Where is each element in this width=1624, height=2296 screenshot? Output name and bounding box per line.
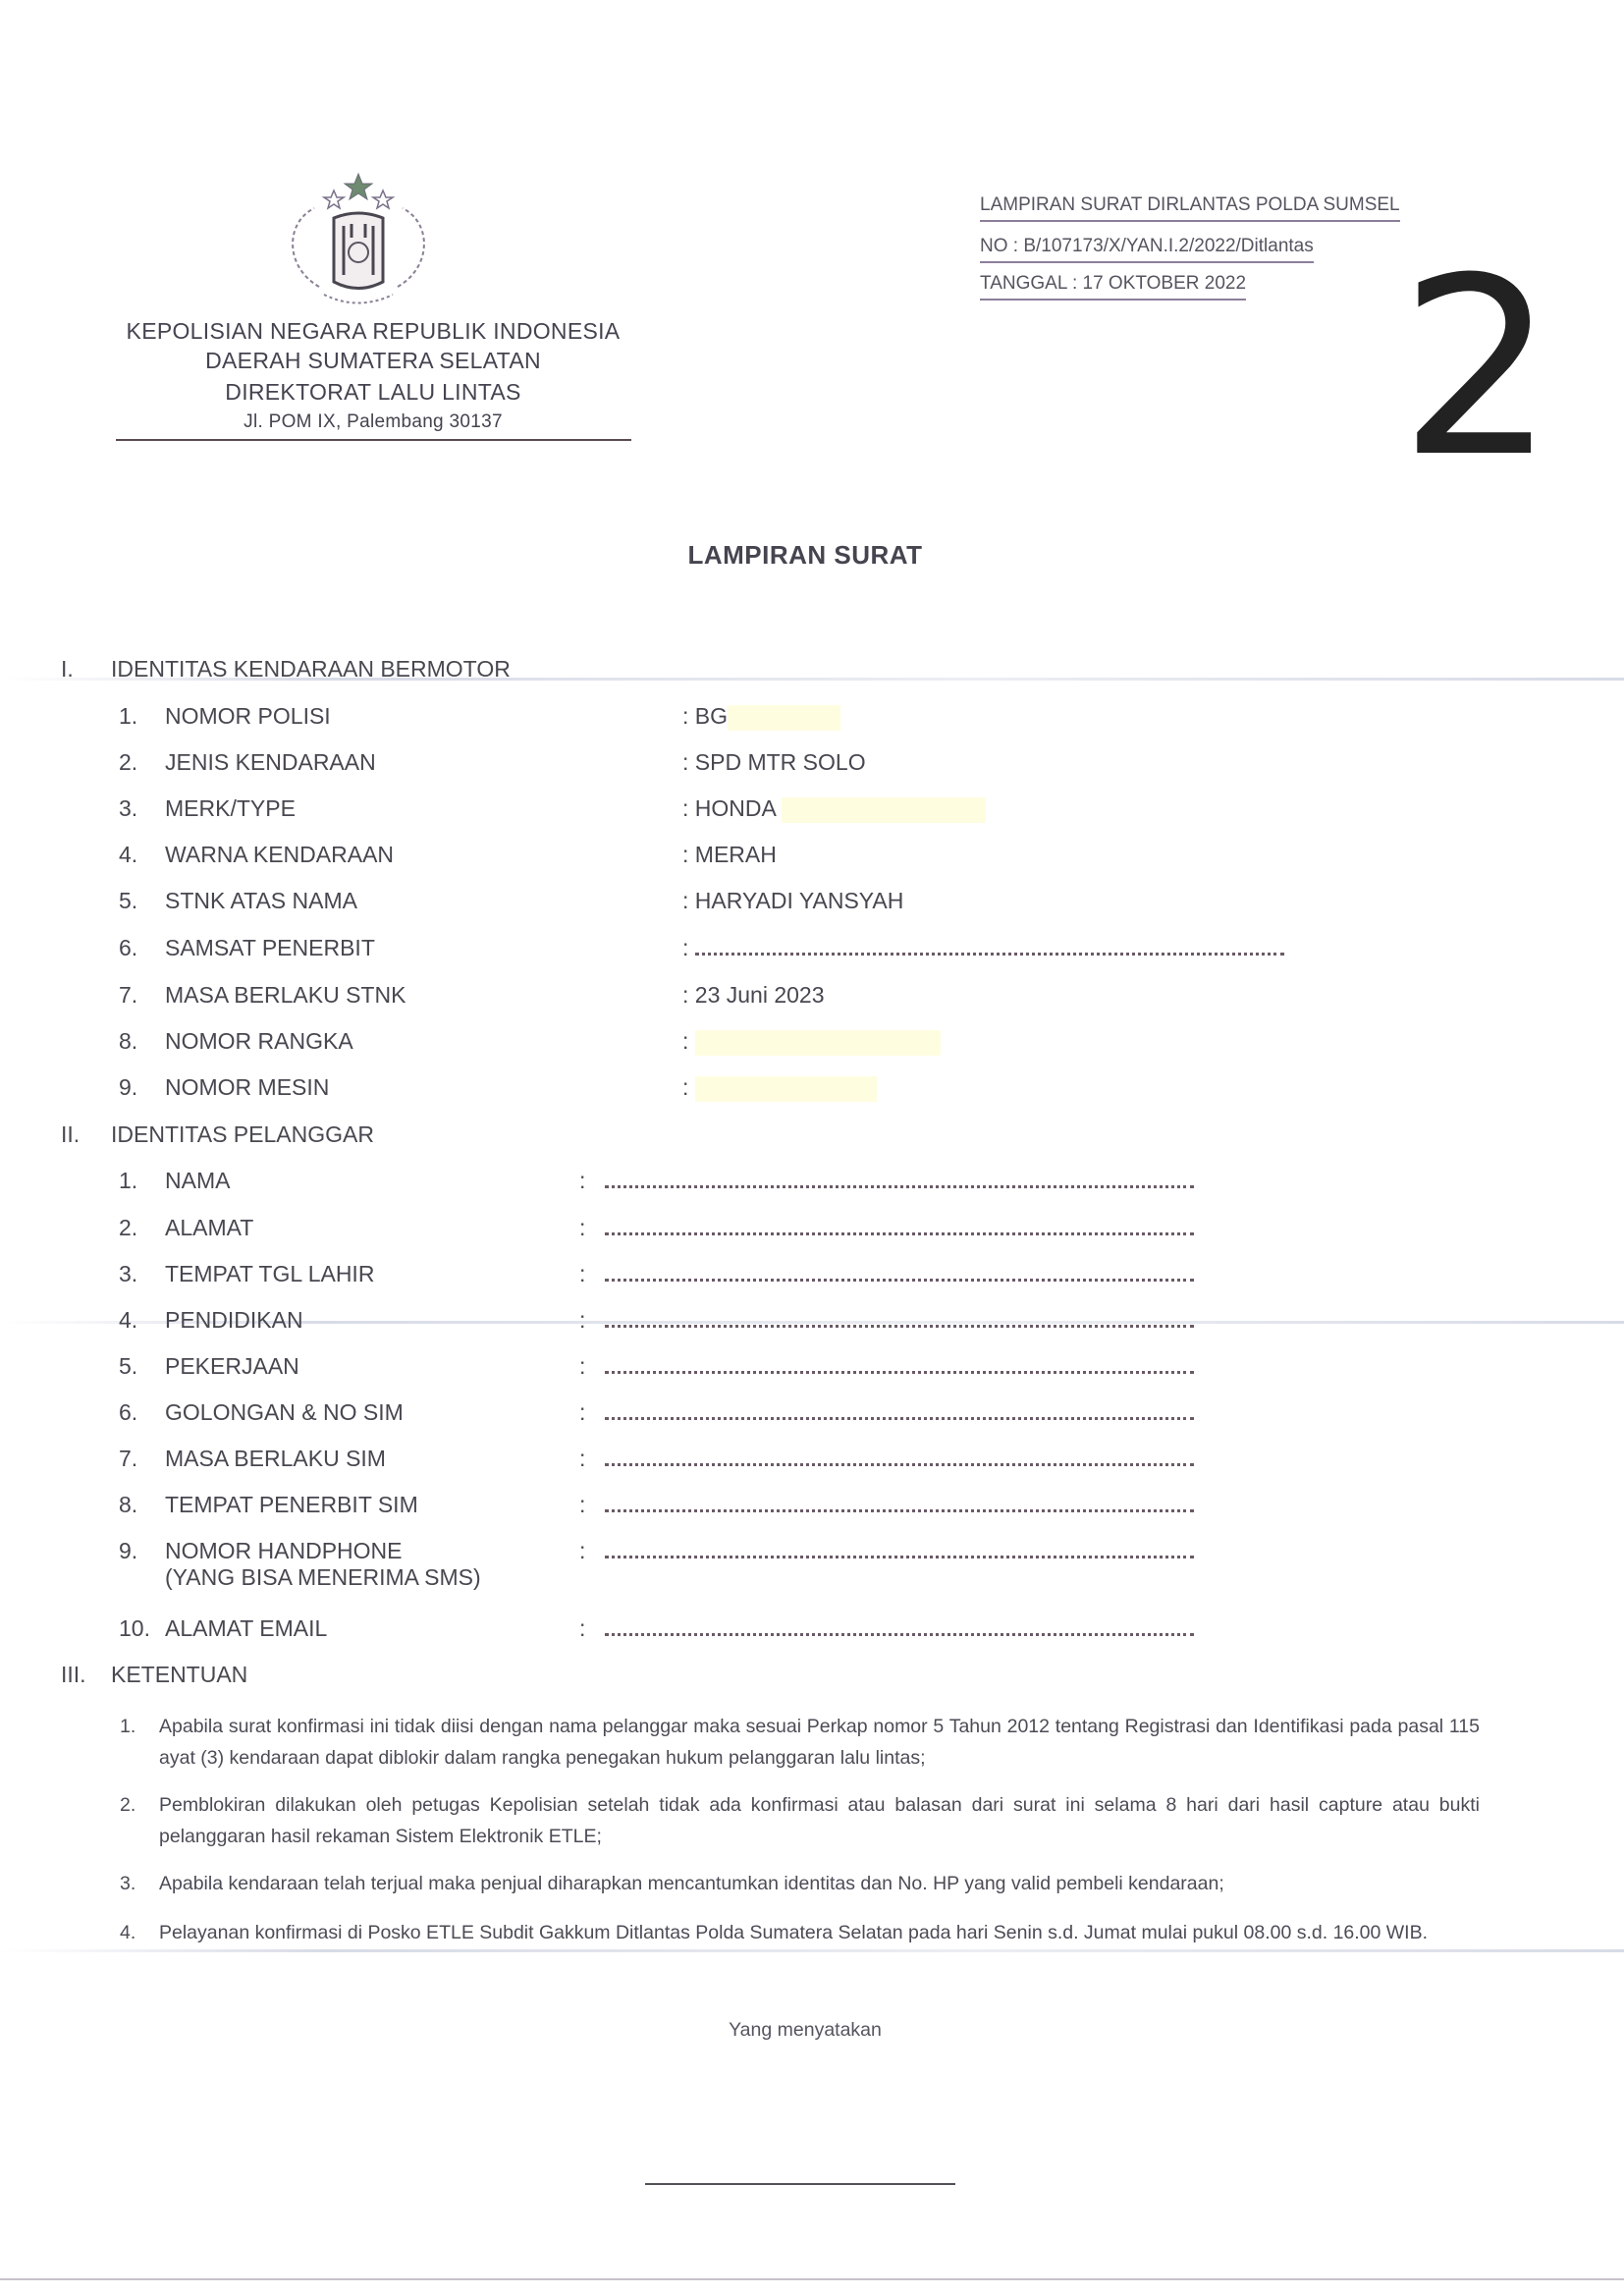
row-number: 6. xyxy=(119,935,137,961)
letterhead-address: Jl. POM IX, Palembang 30137 xyxy=(98,411,648,433)
terms-item-number: 2. xyxy=(120,1789,135,1821)
vehicle-row-brand: 3. MERK/TYPE : HONDA xyxy=(0,795,1624,827)
violator-row-phone: 9. NOMOR HANDPHONE(YANG BISA MENERIMA SM… xyxy=(0,1538,1624,1601)
row-label: PENDIDIKAN xyxy=(165,1307,303,1334)
row-label: MASA BERLAKU STNK xyxy=(165,982,406,1009)
birth-fill-line[interactable] xyxy=(605,1263,1194,1282)
education-fill-line[interactable] xyxy=(605,1309,1194,1328)
row-number: 7. xyxy=(119,982,137,1009)
letterhead-divider xyxy=(116,439,631,441)
row-label: MERK/TYPE xyxy=(165,795,296,822)
row-value: : xyxy=(579,1168,1194,1194)
row-number: 9. xyxy=(119,1538,137,1564)
row-value: : xyxy=(682,1074,877,1102)
row-value: : 23 Juni 2023 xyxy=(682,982,825,1009)
row-value: : xyxy=(579,1399,1194,1426)
police-emblem-icon xyxy=(275,169,442,316)
row-value: : SPD MTR SOLO xyxy=(682,749,866,776)
section-number: II. xyxy=(61,1121,80,1148)
section-number: I. xyxy=(61,656,74,683)
row-label: NOMOR POLISI xyxy=(165,703,331,730)
section-title: IDENTITAS PELANGGAR xyxy=(111,1121,374,1148)
row-label: NOMOR RANGKA xyxy=(165,1028,353,1055)
redaction-block xyxy=(782,797,986,823)
row-value-text: : xyxy=(579,1615,585,1641)
reference-number: NO : B/107173/X/YAN.I.2/2022/Ditlantas xyxy=(980,236,1314,263)
occupation-fill-line[interactable] xyxy=(605,1355,1194,1374)
row-value-text: : xyxy=(682,935,688,960)
terms-item-number: 3. xyxy=(120,1868,135,1899)
signature-line[interactable] xyxy=(645,2183,955,2185)
violator-row-education: 4. PENDIDIKAN : xyxy=(0,1307,1624,1339)
row-number: 8. xyxy=(119,1028,137,1055)
row-value: : xyxy=(579,1261,1194,1287)
vehicle-row-plate-number: 1. NOMOR POLISI : BG xyxy=(0,703,1624,735)
document-title: LAMPIRAN SURAT xyxy=(0,540,1610,571)
row-label: SAMSAT PENERBIT xyxy=(165,935,375,961)
row-value: : xyxy=(579,1615,1194,1642)
row-value-text: : xyxy=(682,1028,688,1054)
redaction-block xyxy=(695,1030,941,1056)
violator-row-name: 1. NAMA : xyxy=(0,1168,1624,1199)
letterhead-directorate: DIREKTORAT LALU LINTAS xyxy=(98,379,648,406)
letterhead-region: DAERAH SUMATERA SELATAN xyxy=(98,348,648,374)
row-value-text: : xyxy=(579,1307,585,1333)
vehicle-row-samsat: 6. SAMSAT PENERBIT : xyxy=(0,935,1624,966)
row-value: : xyxy=(682,1028,941,1056)
row-value: : xyxy=(579,1492,1194,1518)
row-label: NOMOR MESIN xyxy=(165,1074,329,1101)
row-value: : BG xyxy=(682,703,840,731)
row-value-text: : xyxy=(579,1399,585,1425)
vehicle-row-color: 4. WARNA KENDARAAN : MERAH xyxy=(0,842,1624,873)
row-number: 8. xyxy=(119,1492,137,1518)
terms-item-text: Pelayanan konfirmasi di Posko ETLE Subdi… xyxy=(159,1917,1480,1948)
violator-row-birth: 3. TEMPAT TGL LAHIR : xyxy=(0,1261,1624,1292)
row-value-text: : HONDA xyxy=(682,795,776,821)
row-label: GOLONGAN & NO SIM xyxy=(165,1399,404,1426)
row-value: : HONDA xyxy=(682,795,986,823)
row-label: ALAMAT xyxy=(165,1215,253,1241)
row-number: 10. xyxy=(119,1615,150,1642)
vehicle-row-type: 2. JENIS KENDARAAN : SPD MTR SOLO xyxy=(0,749,1624,781)
row-label-line1: NOMOR HANDPHONE xyxy=(165,1538,403,1563)
terms-item-text: Pemblokiran dilakukan oleh petugas Kepol… xyxy=(159,1789,1480,1852)
name-fill-line[interactable] xyxy=(605,1170,1194,1188)
row-label: WARNA KENDARAAN xyxy=(165,842,394,868)
row-number: 1. xyxy=(119,703,137,730)
row-value-text: : xyxy=(579,1538,585,1563)
signature-label: Yang menyatakan xyxy=(0,2019,1610,2042)
sim-fill-line[interactable] xyxy=(605,1401,1194,1420)
scan-crease xyxy=(0,1949,1624,1952)
page-bottom-edge xyxy=(0,2278,1624,2280)
vehicle-row-owner: 5. STNK ATAS NAMA : HARYADI YANSYAH xyxy=(0,888,1624,919)
vehicle-row-stnk-validity: 7. MASA BERLAKU STNK : 23 Juni 2023 xyxy=(0,982,1624,1013)
row-number: 4. xyxy=(119,1307,137,1334)
row-label: JENIS KENDARAAN xyxy=(165,749,376,776)
section-number: III. xyxy=(61,1662,86,1688)
letterhead-org-name: KEPOLISIAN NEGARA REPUBLIK INDONESIA xyxy=(98,318,648,345)
row-number: 3. xyxy=(119,795,137,822)
row-value: : xyxy=(579,1446,1194,1472)
row-number: 9. xyxy=(119,1074,137,1101)
violator-row-sim-issuer: 8. TEMPAT PENERBIT SIM : xyxy=(0,1492,1624,1523)
row-number: 2. xyxy=(119,749,137,776)
violator-row-address: 2. ALAMAT : xyxy=(0,1215,1624,1246)
terms-item-text: Apabila surat konfirmasi ini tidak diisi… xyxy=(159,1711,1480,1774)
violator-row-occupation: 5. PEKERJAAN : xyxy=(0,1353,1624,1385)
reference-title: LAMPIRAN SURAT DIRLANTAS POLDA SUMSEL xyxy=(980,194,1400,222)
row-label: TEMPAT TGL LAHIR xyxy=(165,1261,374,1287)
row-number: 6. xyxy=(119,1399,137,1426)
row-label: PEKERJAAN xyxy=(165,1353,299,1380)
row-label: ALAMAT EMAIL xyxy=(165,1615,327,1642)
row-value-text: : xyxy=(579,1168,585,1193)
redaction-block xyxy=(728,705,840,731)
row-value: : HARYADI YANSYAH xyxy=(682,888,903,914)
row-value-text: : xyxy=(579,1261,585,1286)
row-number: 5. xyxy=(119,888,137,914)
row-value: : xyxy=(579,1538,1194,1564)
row-value-text: : xyxy=(682,1074,688,1100)
reference-date: TANGGAL : 17 OKTOBER 2022 xyxy=(980,273,1246,301)
row-value-text: : xyxy=(579,1215,585,1240)
violator-row-sim-validity: 7. MASA BERLAKU SIM : xyxy=(0,1446,1624,1477)
row-value-text: : xyxy=(579,1492,585,1517)
row-value: : xyxy=(682,935,1284,961)
row-number: 4. xyxy=(119,842,137,868)
sim-validity-fill-line[interactable] xyxy=(605,1448,1194,1466)
vehicle-row-engine-number: 9. NOMOR MESIN : xyxy=(0,1074,1624,1106)
row-value: : xyxy=(579,1353,1194,1380)
row-label: STNK ATAS NAMA xyxy=(165,888,357,914)
row-number: 1. xyxy=(119,1168,137,1194)
row-value-text: : xyxy=(579,1353,585,1379)
row-label: MASA BERLAKU SIM xyxy=(165,1446,386,1472)
row-value-text: : xyxy=(579,1446,585,1471)
row-value: : xyxy=(579,1215,1194,1241)
row-value-text: : BG xyxy=(682,703,728,729)
address-fill-line[interactable] xyxy=(605,1217,1194,1235)
page-number: 2 xyxy=(1399,246,1555,491)
violator-row-sim: 6. GOLONGAN & NO SIM : xyxy=(0,1399,1624,1431)
terms-item-number: 4. xyxy=(120,1917,135,1948)
row-number: 5. xyxy=(119,1353,137,1380)
row-label: TEMPAT PENERBIT SIM xyxy=(165,1492,418,1518)
row-number: 2. xyxy=(119,1215,137,1241)
row-label-line2: (YANG BISA MENERIMA SMS) xyxy=(165,1564,481,1590)
row-label: NOMOR HANDPHONE(YANG BISA MENERIMA SMS) xyxy=(165,1538,481,1591)
row-label: NAMA xyxy=(165,1168,230,1194)
row-number: 3. xyxy=(119,1261,137,1287)
row-number: 7. xyxy=(119,1446,137,1472)
row-value: : MERAH xyxy=(682,842,777,868)
section-title: KETENTUAN xyxy=(111,1662,247,1688)
email-fill-line[interactable] xyxy=(605,1617,1194,1636)
row-value: : xyxy=(579,1307,1194,1334)
redaction-block xyxy=(695,1076,877,1102)
phone-fill-line[interactable] xyxy=(605,1540,1194,1558)
blank-fill-line xyxy=(695,937,1284,956)
terms-item-number: 1. xyxy=(120,1711,135,1742)
violator-row-email: 10. ALAMAT EMAIL : xyxy=(0,1615,1624,1647)
section-title: IDENTITAS KENDARAAN BERMOTOR xyxy=(111,656,511,683)
vehicle-row-chassis-number: 8. NOMOR RANGKA : xyxy=(0,1028,1624,1060)
sim-issuer-fill-line[interactable] xyxy=(605,1494,1194,1512)
terms-item-text: Apabila kendaraan telah terjual maka pen… xyxy=(159,1868,1480,1899)
